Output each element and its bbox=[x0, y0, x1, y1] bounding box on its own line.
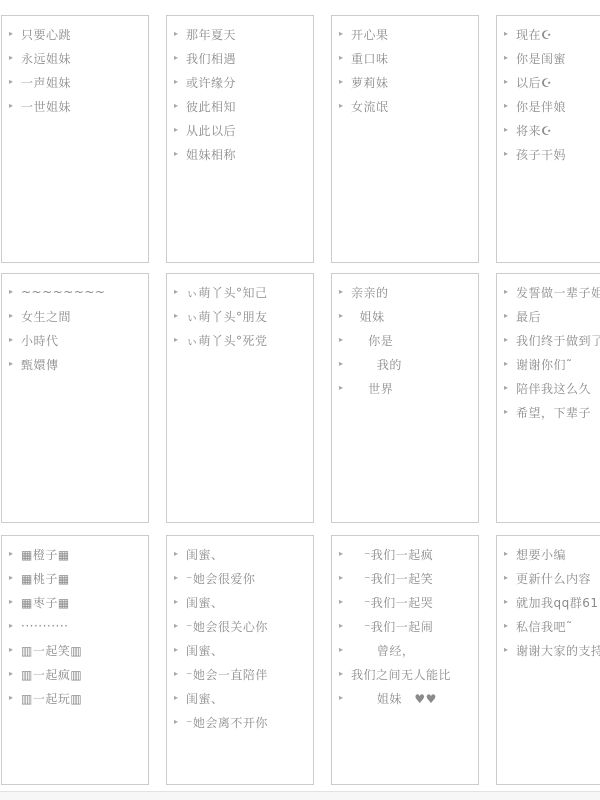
list-item[interactable]: ▸··········· bbox=[9, 614, 144, 638]
triangle-bullet-icon: ▸ bbox=[174, 550, 186, 558]
list-item-label: 现在☪ bbox=[516, 26, 552, 43]
list-item-label: 发誓做一辈子姐 bbox=[516, 284, 600, 301]
box-row: ▸只要心跳▸永远姐妹▸一声姐妹▸一世姐妹▸那年夏天▸我们相遇▸或许缘分▸彼此相知… bbox=[1, 15, 600, 263]
list-item[interactable]: ▸⁻她会离不开你 bbox=[174, 710, 309, 734]
list-item[interactable]: ▸ 你是 bbox=[339, 328, 474, 352]
triangle-bullet-icon: ▸ bbox=[174, 598, 186, 606]
triangle-bullet-icon: ▸ bbox=[504, 54, 516, 62]
triangle-bullet-icon: ▸ bbox=[504, 598, 516, 606]
list-item[interactable]: ▸谢谢大家的支持 bbox=[504, 638, 600, 662]
list-item[interactable]: ▸ ⁻我们一起哭 bbox=[339, 590, 474, 614]
triangle-bullet-icon: ▸ bbox=[339, 550, 351, 558]
triangle-bullet-icon: ▸ bbox=[504, 102, 516, 110]
bottom-partial-strip bbox=[0, 791, 600, 800]
triangle-bullet-icon: ▸ bbox=[9, 288, 21, 296]
list-item[interactable]: ▸萝莉妹 bbox=[339, 70, 474, 94]
list-item[interactable]: ▸ 姐妹 bbox=[339, 304, 474, 328]
list-item[interactable]: ▸▦桃子▦ bbox=[9, 566, 144, 590]
triangle-bullet-icon: ▸ bbox=[174, 312, 186, 320]
list-item-label: ▥一起笑▥ bbox=[21, 642, 82, 659]
triangle-bullet-icon: ▸ bbox=[174, 694, 186, 702]
list-item[interactable]: ▸ 我的 bbox=[339, 352, 474, 376]
name-list-box: ▸闺蜜、▸⁻她会很爱你▸闺蜜、▸⁻她会很关心你▸闺蜜、▸⁻她会一直陪伴▸闺蜜、▸… bbox=[166, 535, 314, 785]
triangle-bullet-icon: ▸ bbox=[339, 54, 351, 62]
list-item-label: 希望，下辈子 bbox=[516, 404, 591, 421]
list-item[interactable]: ▸从此以后 bbox=[174, 118, 309, 142]
triangle-bullet-icon: ▸ bbox=[504, 78, 516, 86]
list-item[interactable]: ▸或许缘分 bbox=[174, 70, 309, 94]
list-item-label: ⁻我们一起闹 bbox=[351, 618, 433, 635]
triangle-bullet-icon: ▸ bbox=[9, 360, 21, 368]
list-item-label: ⁻我们一起笑 bbox=[351, 570, 433, 587]
list-item-label: 世界 bbox=[351, 380, 393, 397]
list-item[interactable]: ▸只要心跳 bbox=[9, 22, 144, 46]
list-item-label: 姐妹 bbox=[351, 308, 385, 325]
list-item[interactable]: ▸亲亲的 bbox=[339, 280, 474, 304]
list-item-label: ぃ萌丫头°知己 bbox=[186, 284, 268, 301]
list-item[interactable]: ▸ ⁻我们一起闹 bbox=[339, 614, 474, 638]
triangle-bullet-icon: ▸ bbox=[504, 336, 516, 344]
list-item[interactable]: ▸我们相遇 bbox=[174, 46, 309, 70]
list-item-label: ぃ萌丫头°死党 bbox=[186, 332, 268, 349]
triangle-bullet-icon: ▸ bbox=[174, 670, 186, 678]
triangle-bullet-icon: ▸ bbox=[339, 312, 351, 320]
list-item-label: 谢谢大家的支持 bbox=[516, 642, 600, 659]
triangle-bullet-icon: ▸ bbox=[9, 54, 21, 62]
list-item[interactable]: ▸以后☪ bbox=[504, 70, 600, 94]
triangle-bullet-icon: ▸ bbox=[9, 670, 21, 678]
list-item-label: 甄嬛傳 bbox=[21, 356, 59, 373]
list-item-label: 孩子干妈 bbox=[516, 146, 566, 163]
list-item-label: 私信我吧˜ bbox=[516, 618, 573, 635]
triangle-bullet-icon: ▸ bbox=[174, 288, 186, 296]
list-item[interactable]: ▸你是闺蜜 bbox=[504, 46, 600, 70]
triangle-bullet-icon: ▸ bbox=[174, 102, 186, 110]
triangle-bullet-icon: ▸ bbox=[339, 360, 351, 368]
list-item-label: 就加我qq群6112 bbox=[516, 594, 600, 611]
list-item[interactable]: ▸一声姐妹 bbox=[9, 70, 144, 94]
name-list-box: ▸那年夏天▸我们相遇▸或许缘分▸彼此相知▸从此以后▸姐妹相称 bbox=[166, 15, 314, 263]
list-item[interactable]: ▸我们之间无人能比 bbox=[339, 662, 474, 686]
list-item[interactable]: ▸甄嬛傳 bbox=[9, 352, 144, 376]
list-item-label: 一声姐妹 bbox=[21, 74, 71, 91]
triangle-bullet-icon: ▸ bbox=[174, 78, 186, 86]
name-list-box: ▸现在☪▸你是闺蜜▸以后☪▸你是伴娘▸将来☪▸孩子干妈 bbox=[496, 15, 600, 263]
list-item[interactable]: ▸闺蜜、 bbox=[174, 638, 309, 662]
list-item-label: 开心果 bbox=[351, 26, 389, 43]
list-item-label: ▦橙子▦ bbox=[21, 546, 70, 563]
list-item-label: 我的 bbox=[351, 356, 402, 373]
list-item[interactable]: ▸我们终于做到了 bbox=[504, 328, 600, 352]
list-item[interactable]: ▸更新什么内容 bbox=[504, 566, 600, 590]
triangle-bullet-icon: ▸ bbox=[504, 288, 516, 296]
box-row: ▸~~~~~~~~▸女生之間▸小時代▸甄嬛傳▸ぃ萌丫头°知己▸ぃ萌丫头°朋友▸ぃ… bbox=[1, 273, 600, 523]
list-item-label: 彼此相知 bbox=[186, 98, 236, 115]
triangle-bullet-icon: ▸ bbox=[9, 550, 21, 558]
list-item-label: ⁻我们一起疯 bbox=[351, 546, 433, 563]
list-item[interactable]: ▸永远姐妹 bbox=[9, 46, 144, 70]
list-item[interactable]: ▸私信我吧˜ bbox=[504, 614, 600, 638]
list-item-label: 一世姐妹 bbox=[21, 98, 71, 115]
triangle-bullet-icon: ▸ bbox=[9, 312, 21, 320]
list-item[interactable]: ▸ ⁻我们一起笑 bbox=[339, 566, 474, 590]
list-item-label: 闺蜜、 bbox=[186, 642, 224, 659]
list-item[interactable]: ▸闺蜜、 bbox=[174, 590, 309, 614]
list-item[interactable]: ▸ ⁻我们一起疯 bbox=[339, 542, 474, 566]
triangle-bullet-icon: ▸ bbox=[339, 384, 351, 392]
triangle-bullet-icon: ▸ bbox=[9, 598, 21, 606]
list-item-label: 更新什么内容 bbox=[516, 570, 591, 587]
list-item-label: 想要小编 bbox=[516, 546, 566, 563]
triangle-bullet-icon: ▸ bbox=[174, 150, 186, 158]
list-item[interactable]: ▸陪伴我这么久 bbox=[504, 376, 600, 400]
triangle-bullet-icon: ▸ bbox=[504, 408, 516, 416]
list-item-label: 只要心跳 bbox=[21, 26, 71, 43]
list-item-label: ⁻她会很爱你 bbox=[186, 570, 255, 587]
name-list-box: ▸亲亲的▸ 姐妹▸ 你是▸ 我的▸ 世界 bbox=[331, 273, 479, 523]
list-item[interactable]: ▸重口味 bbox=[339, 46, 474, 70]
list-item-label: 你是闺蜜 bbox=[516, 50, 566, 67]
list-item[interactable]: ▸~~~~~~~~ bbox=[9, 280, 144, 304]
triangle-bullet-icon: ▸ bbox=[339, 574, 351, 582]
name-list-grid: ▸只要心跳▸永远姐妹▸一声姐妹▸一世姐妹▸那年夏天▸我们相遇▸或许缘分▸彼此相知… bbox=[0, 0, 600, 785]
list-item-label: ▦桃子▦ bbox=[21, 570, 70, 587]
triangle-bullet-icon: ▸ bbox=[9, 622, 21, 630]
list-item-label: 萝莉妹 bbox=[351, 74, 389, 91]
triangle-bullet-icon: ▸ bbox=[174, 336, 186, 344]
list-item-label: ⁻她会离不开你 bbox=[186, 714, 268, 731]
triangle-bullet-icon: ▸ bbox=[9, 336, 21, 344]
list-item[interactable]: ▸彼此相知 bbox=[174, 94, 309, 118]
list-item[interactable]: ▸⁻她会很关心你 bbox=[174, 614, 309, 638]
list-item[interactable]: ▸小時代 bbox=[9, 328, 144, 352]
list-item-label: 最后 bbox=[516, 308, 541, 325]
triangle-bullet-icon: ▸ bbox=[504, 312, 516, 320]
triangle-bullet-icon: ▸ bbox=[504, 646, 516, 654]
triangle-bullet-icon: ▸ bbox=[339, 670, 351, 678]
list-item[interactable]: ▸孩子干妈 bbox=[504, 142, 600, 166]
list-item-label: 亲亲的 bbox=[351, 284, 389, 301]
list-item[interactable]: ▸将来☪ bbox=[504, 118, 600, 142]
list-item-label: 或许缘分 bbox=[186, 74, 236, 91]
triangle-bullet-icon: ▸ bbox=[9, 694, 21, 702]
list-item[interactable]: ▸那年夏天 bbox=[174, 22, 309, 46]
list-item[interactable]: ▸女流氓 bbox=[339, 94, 474, 118]
triangle-bullet-icon: ▸ bbox=[9, 78, 21, 86]
list-item-label: 闺蜜、 bbox=[186, 594, 224, 611]
list-item[interactable]: ▸▥一起玩▥ bbox=[9, 686, 144, 710]
list-item[interactable]: ▸⁻她会很爱你 bbox=[174, 566, 309, 590]
list-item-label: 姐妹相称 bbox=[186, 146, 236, 163]
triangle-bullet-icon: ▸ bbox=[174, 30, 186, 38]
list-item[interactable]: ▸姐妹相称 bbox=[174, 142, 309, 166]
name-list-box: ▸开心果▸重口味▸萝莉妹▸女流氓 bbox=[331, 15, 479, 263]
triangle-bullet-icon: ▸ bbox=[504, 384, 516, 392]
list-item[interactable]: ▸最后 bbox=[504, 304, 600, 328]
list-item[interactable]: ▸闺蜜、 bbox=[174, 542, 309, 566]
list-item-label: ▥一起疯▥ bbox=[21, 666, 82, 683]
list-item-label: 闺蜜、 bbox=[186, 690, 224, 707]
triangle-bullet-icon: ▸ bbox=[339, 646, 351, 654]
list-item-label: ~~~~~~~~ bbox=[21, 285, 105, 299]
list-item[interactable]: ▸▥一起笑▥ bbox=[9, 638, 144, 662]
triangle-bullet-icon: ▸ bbox=[339, 288, 351, 296]
triangle-bullet-icon: ▸ bbox=[9, 646, 21, 654]
list-item[interactable]: ▸ぃ萌丫头°朋友 bbox=[174, 304, 309, 328]
name-list-box: ▸▦橙子▦▸▦桃子▦▸▦枣子▦▸···········▸▥一起笑▥▸▥一起疯▥▸… bbox=[1, 535, 149, 785]
triangle-bullet-icon: ▸ bbox=[174, 126, 186, 134]
list-item[interactable]: ▸▦枣子▦ bbox=[9, 590, 144, 614]
list-item[interactable]: ▸希望，下辈子 bbox=[504, 400, 600, 424]
triangle-bullet-icon: ▸ bbox=[504, 574, 516, 582]
list-item[interactable]: ▸就加我qq群6112 bbox=[504, 590, 600, 614]
list-item-label: 小時代 bbox=[21, 332, 59, 349]
list-item-label: 女生之間 bbox=[21, 308, 71, 325]
triangle-bullet-icon: ▸ bbox=[504, 360, 516, 368]
list-item[interactable]: ▸现在☪ bbox=[504, 22, 600, 46]
list-item-label: 将来☪ bbox=[516, 122, 552, 139]
triangle-bullet-icon: ▸ bbox=[339, 622, 351, 630]
list-item-label: 以后☪ bbox=[516, 74, 552, 91]
list-item-label: 曾经， bbox=[351, 642, 414, 659]
list-item-label: 我们终于做到了 bbox=[516, 332, 600, 349]
triangle-bullet-icon: ▸ bbox=[504, 30, 516, 38]
list-item-label: 陪伴我这么久 bbox=[516, 380, 591, 397]
triangle-bullet-icon: ▸ bbox=[9, 574, 21, 582]
name-list-box: ▸ぃ萌丫头°知己▸ぃ萌丫头°朋友▸ぃ萌丫头°死党 bbox=[166, 273, 314, 523]
list-item[interactable]: ▸想要小编 bbox=[504, 542, 600, 566]
triangle-bullet-icon: ▸ bbox=[504, 150, 516, 158]
list-item[interactable]: ▸▦橙子▦ bbox=[9, 542, 144, 566]
list-item-label: ▦枣子▦ bbox=[21, 594, 70, 611]
triangle-bullet-icon: ▸ bbox=[9, 30, 21, 38]
name-list-box: ▸想要小编▸更新什么内容▸就加我qq群6112▸私信我吧˜▸谢谢大家的支持 bbox=[496, 535, 600, 785]
list-item[interactable]: ▸一世姐妹 bbox=[9, 94, 144, 118]
list-item[interactable]: ▸⁻她会一直陪伴 bbox=[174, 662, 309, 686]
list-item[interactable]: ▸开心果 bbox=[339, 22, 474, 46]
list-item[interactable]: ▸ぃ萌丫头°死党 bbox=[174, 328, 309, 352]
list-item-label: ··········· bbox=[21, 619, 68, 633]
list-item-label: ⁻她会很关心你 bbox=[186, 618, 268, 635]
list-item-label: 姐妹 ♥♥ bbox=[351, 690, 437, 707]
name-list-box: ▸ ⁻我们一起疯▸ ⁻我们一起笑▸ ⁻我们一起哭▸ ⁻我们一起闹▸ 曾经，▸我们… bbox=[331, 535, 479, 785]
triangle-bullet-icon: ▸ bbox=[174, 646, 186, 654]
triangle-bullet-icon: ▸ bbox=[504, 622, 516, 630]
triangle-bullet-icon: ▸ bbox=[174, 574, 186, 582]
triangle-bullet-icon: ▸ bbox=[174, 622, 186, 630]
list-item[interactable]: ▸ 曾经， bbox=[339, 638, 474, 662]
list-item[interactable]: ▸发誓做一辈子姐 bbox=[504, 280, 600, 304]
list-item-label: 女流氓 bbox=[351, 98, 389, 115]
triangle-bullet-icon: ▸ bbox=[339, 694, 351, 702]
list-item[interactable]: ▸ 世界 bbox=[339, 376, 474, 400]
list-item-label: ⁻我们一起哭 bbox=[351, 594, 433, 611]
list-item-label: 我们相遇 bbox=[186, 50, 236, 67]
list-item[interactable]: ▸ 姐妹 ♥♥ bbox=[339, 686, 474, 710]
list-item-label: ▥一起玩▥ bbox=[21, 690, 82, 707]
triangle-bullet-icon: ▸ bbox=[339, 336, 351, 344]
list-item-label: ぃ萌丫头°朋友 bbox=[186, 308, 268, 325]
list-item-label: 你是伴娘 bbox=[516, 98, 566, 115]
triangle-bullet-icon: ▸ bbox=[339, 598, 351, 606]
triangle-bullet-icon: ▸ bbox=[339, 30, 351, 38]
list-item-label: ⁻她会一直陪伴 bbox=[186, 666, 268, 683]
name-list-box: ▸~~~~~~~~▸女生之間▸小時代▸甄嬛傳 bbox=[1, 273, 149, 523]
list-item-label: 你是 bbox=[351, 332, 393, 349]
triangle-bullet-icon: ▸ bbox=[339, 102, 351, 110]
triangle-bullet-icon: ▸ bbox=[504, 126, 516, 134]
name-list-box: ▸发誓做一辈子姐▸最后▸我们终于做到了▸谢谢你们˜▸陪伴我这么久▸希望，下辈子 bbox=[496, 273, 600, 523]
list-item[interactable]: ▸▥一起疯▥ bbox=[9, 662, 144, 686]
box-row: ▸▦橙子▦▸▦桃子▦▸▦枣子▦▸···········▸▥一起笑▥▸▥一起疯▥▸… bbox=[1, 535, 600, 785]
list-item[interactable]: ▸ぃ萌丫头°知己 bbox=[174, 280, 309, 304]
triangle-bullet-icon: ▸ bbox=[174, 718, 186, 726]
name-list-box: ▸只要心跳▸永远姐妹▸一声姐妹▸一世姐妹 bbox=[1, 15, 149, 263]
list-item-label: 从此以后 bbox=[186, 122, 236, 139]
triangle-bullet-icon: ▸ bbox=[174, 54, 186, 62]
list-item[interactable]: ▸闺蜜、 bbox=[174, 686, 309, 710]
list-item-label: 重口味 bbox=[351, 50, 389, 67]
list-item-label: 我们之间无人能比 bbox=[351, 666, 451, 683]
list-item[interactable]: ▸你是伴娘 bbox=[504, 94, 600, 118]
triangle-bullet-icon: ▸ bbox=[339, 78, 351, 86]
list-item-label: 谢谢你们˜ bbox=[516, 356, 573, 373]
list-item-label: 闺蜜、 bbox=[186, 546, 224, 563]
triangle-bullet-icon: ▸ bbox=[504, 550, 516, 558]
list-item-label: 那年夏天 bbox=[186, 26, 236, 43]
list-item[interactable]: ▸女生之間 bbox=[9, 304, 144, 328]
list-item[interactable]: ▸谢谢你们˜ bbox=[504, 352, 600, 376]
list-item-label: 永远姐妹 bbox=[21, 50, 71, 67]
triangle-bullet-icon: ▸ bbox=[9, 102, 21, 110]
